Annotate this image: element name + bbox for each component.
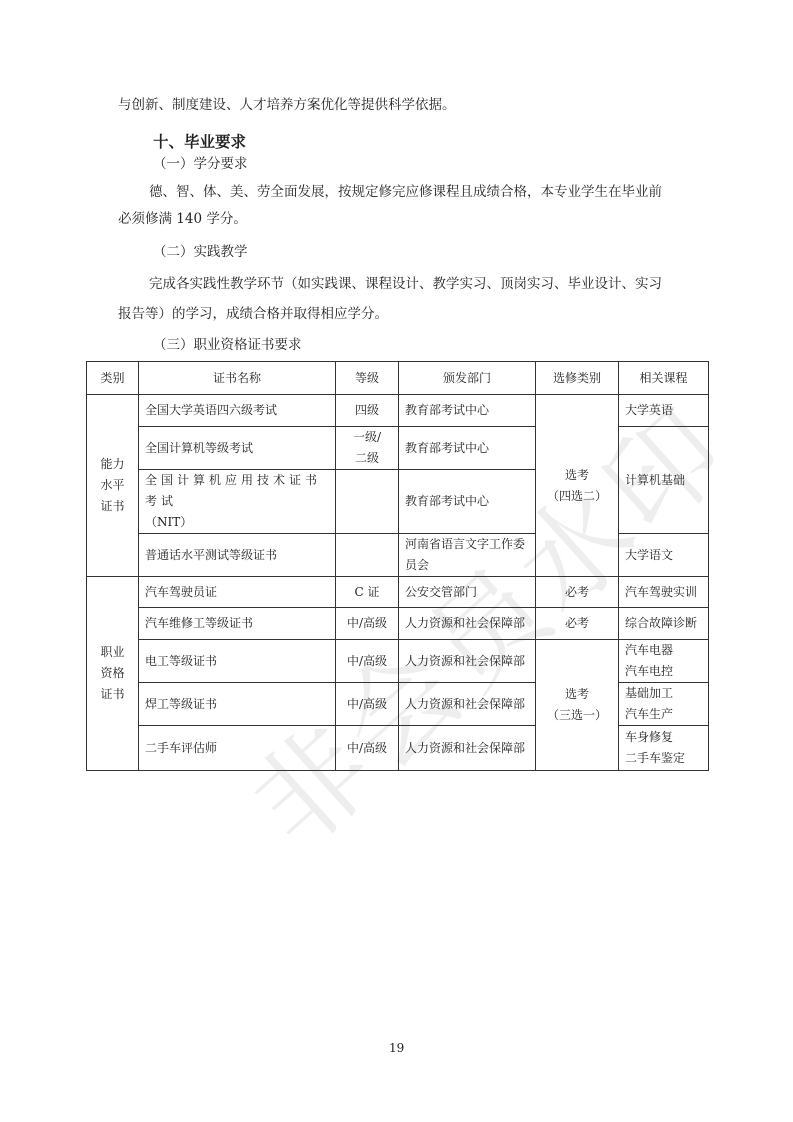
related-course: 计算机基础 bbox=[619, 427, 709, 534]
subsection-title-credits: （一）学分要求 bbox=[153, 155, 248, 173]
certificate-table: 类别 证书名称 等级 颁发部门 选修类别 相关课程 能力 水平 证书 全国大学英… bbox=[86, 361, 709, 771]
elective-cell: 选考 （三选一） bbox=[536, 640, 619, 771]
cert-issuer: 教育部考试中心 bbox=[399, 470, 536, 534]
cert-name: 焊工等级证书 bbox=[139, 683, 336, 726]
subsection-title-practice: （二）实践教学 bbox=[153, 243, 248, 261]
cert-level: 中/高级 bbox=[336, 608, 399, 640]
header-issuer: 颁发部门 bbox=[399, 362, 536, 395]
practice-paragraph-line2: 报告等）的学习，成绩合格并取得相应学分。 bbox=[118, 305, 388, 323]
credits-paragraph-line1: 德、智、体、美、劳全面发展，按规定修完应修课程且成绩合格，本专业学生在毕业前 bbox=[149, 183, 662, 201]
cert-level: 一级/ 二级 bbox=[336, 427, 399, 470]
cert-level bbox=[336, 470, 399, 534]
cert-name: 全国计算机等级考试 bbox=[139, 427, 336, 470]
table-row: 职业 资格 证书 汽车驾驶员证 C 证 公安交管部门 必考 汽车驾驶实训 bbox=[87, 577, 709, 608]
section-title: 十、毕业要求 bbox=[153, 130, 246, 152]
cert-name: 全国计算机应用技术证书考试 （NIT） bbox=[139, 470, 336, 534]
cert-issuer: 教育部考试中心 bbox=[399, 427, 536, 470]
related-course: 大学语文 bbox=[619, 534, 709, 577]
credits-paragraph-line2: 必须修满 140 学分。 bbox=[118, 210, 247, 228]
cert-issuer: 公安交管部门 bbox=[399, 577, 536, 608]
cert-level: 中/高级 bbox=[336, 683, 399, 726]
cert-issuer: 人力资源和社会保障部 bbox=[399, 640, 536, 683]
cert-level: 中/高级 bbox=[336, 640, 399, 683]
continuation-paragraph: 与创新、制度建设、人才培养方案优化等提供科学依据。 bbox=[118, 96, 456, 114]
practice-paragraph-line1: 完成各实践性教学环节（如实践课、课程设计、教学实习、顶岗实习、毕业设计、实习 bbox=[149, 275, 662, 293]
page-number: 19 bbox=[389, 1041, 404, 1055]
header-course: 相关课程 bbox=[619, 362, 709, 395]
related-course: 大学英语 bbox=[619, 395, 709, 427]
subsection-title-certificates: （三）职业资格证书要求 bbox=[153, 336, 302, 354]
related-course: 车身修复 二手车鉴定 bbox=[619, 726, 709, 771]
table-row: 能力 水平 证书 全国大学英语四六级考试 四级 教育部考试中心 选考 （四选二）… bbox=[87, 395, 709, 427]
elective-cell: 必考 bbox=[536, 608, 619, 640]
cert-level: 中/高级 bbox=[336, 726, 399, 771]
cert-issuer: 人力资源和社会保障部 bbox=[399, 683, 536, 726]
cert-name: 二手车评估师 bbox=[139, 726, 336, 771]
cert-level bbox=[336, 534, 399, 577]
header-elective: 选修类别 bbox=[536, 362, 619, 395]
cert-name: 普通话水平测试等级证书 bbox=[139, 534, 336, 577]
cert-name: 全国大学英语四六级考试 bbox=[139, 395, 336, 427]
header-level: 等级 bbox=[336, 362, 399, 395]
cert-issuer: 教育部考试中心 bbox=[399, 395, 536, 427]
related-course: 综合故障诊断 bbox=[619, 608, 709, 640]
table-header-row: 类别 证书名称 等级 颁发部门 选修类别 相关课程 bbox=[87, 362, 709, 395]
table-row: 汽车维修工等级证书 中/高级 人力资源和社会保障部 必考 综合故障诊断 bbox=[87, 608, 709, 640]
cert-name: 汽车维修工等级证书 bbox=[139, 608, 336, 640]
category-cell: 职业 资格 证书 bbox=[87, 577, 139, 771]
cert-level: 四级 bbox=[336, 395, 399, 427]
cert-issuer: 人力资源和社会保障部 bbox=[399, 726, 536, 771]
cert-name: 汽车驾驶员证 bbox=[139, 577, 336, 608]
header-category: 类别 bbox=[87, 362, 139, 395]
header-cert-name: 证书名称 bbox=[139, 362, 336, 395]
table-row: 电工等级证书 中/高级 人力资源和社会保障部 选考 （三选一） 汽车电器 汽车电… bbox=[87, 640, 709, 683]
related-course: 汽车电器 汽车电控 bbox=[619, 640, 709, 683]
elective-cell: 选考 （四选二） bbox=[536, 395, 619, 577]
cert-level: C 证 bbox=[336, 577, 399, 608]
cert-name: 电工等级证书 bbox=[139, 640, 336, 683]
related-course: 基础加工 汽车生产 bbox=[619, 683, 709, 726]
elective-cell: 必考 bbox=[536, 577, 619, 608]
cert-issuer: 河南省语言文字工作委 员会 bbox=[399, 534, 536, 577]
cert-issuer: 人力资源和社会保障部 bbox=[399, 608, 536, 640]
related-course: 汽车驾驶实训 bbox=[619, 577, 709, 608]
category-cell: 能力 水平 证书 bbox=[87, 395, 139, 577]
